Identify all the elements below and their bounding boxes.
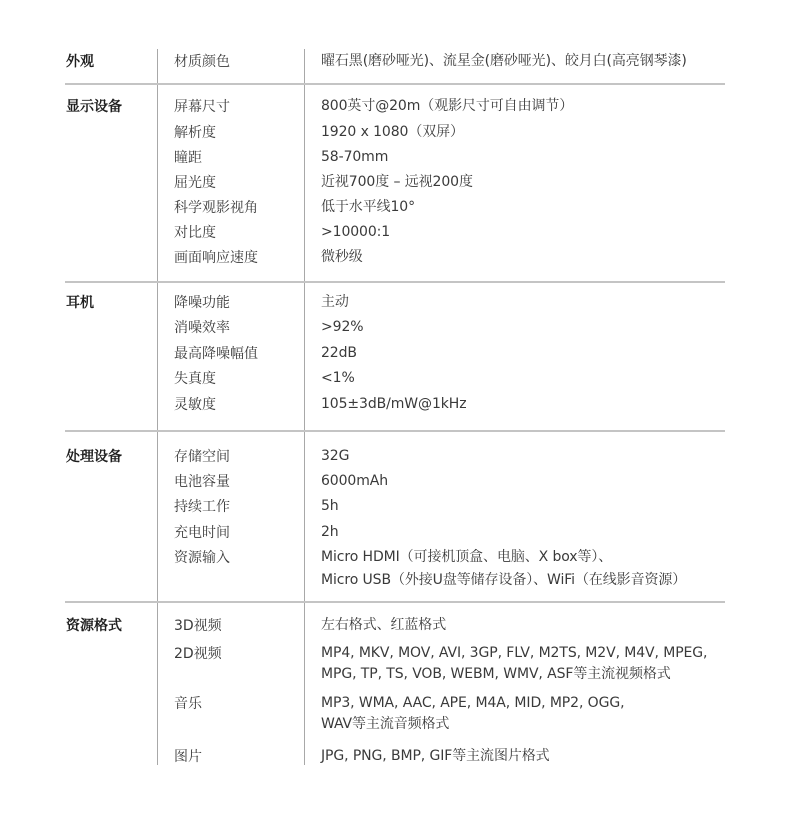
spec-key: 对比度 [174,224,216,242]
spec-value: 左右格式、红蓝格式 [321,615,446,636]
category-label-processing: 处理设备 [66,448,122,466]
spec-key: 2D视频 [174,645,222,663]
column-divider-2 [304,49,305,765]
section-divider [65,430,725,432]
category-label-headphones: 耳机 [66,294,94,312]
spec-key: 解析度 [174,124,216,142]
section-divider [65,601,725,603]
spec-value: <1% [321,368,355,389]
spec-key: 音乐 [174,695,202,713]
spec-value: 曜石黑(磨砂哑光)、流星金(磨砂哑光)、皎月白(高亮钢琴漆) [321,51,687,72]
spec-key: 图片 [174,748,202,766]
spec-key: 存储空间 [174,448,230,466]
spec-value: 5h [321,496,339,517]
spec-value: MP3, WMA, AAC, APE, M4A, MID, MP2, OGG, [321,693,624,714]
spec-value: >10000:1 [321,222,390,243]
spec-value: >92% [321,317,363,338]
spec-value: MP4, MKV, MOV, AVI, 3GP, FLV, M2TS, M2V,… [321,643,707,664]
section-divider [65,281,725,283]
category-label-appearance: 外观 [66,53,94,71]
spec-value: 105±3dB/mW@1kHz [321,394,466,415]
spec-value-continued: WAV等主流音频格式 [321,714,449,735]
spec-value: 32G [321,446,349,467]
spec-value: Micro HDMI（可接机顶盒、电脑、X box等）、 [321,547,612,568]
category-label-formats: 资源格式 [66,617,122,635]
spec-value: 低于水平线10° [321,197,415,218]
category-label-display: 显示设备 [66,98,122,116]
spec-value: 2h [321,522,339,543]
spec-value: 微秒级 [321,247,363,268]
spec-key: 最高降噪幅值 [174,345,258,363]
spec-value: 近视700度 – 远视200度 [321,172,473,193]
spec-key: 屈光度 [174,174,216,192]
spec-key: 科学观影视角 [174,199,258,217]
spec-key: 失真度 [174,370,216,388]
spec-key: 资源输入 [174,549,230,567]
spec-value: JPG, PNG, BMP, GIF等主流图片格式 [321,746,550,767]
spec-value-continued: MPG, TP, TS, VOB, WEBM, WMV, ASF等主流视频格式 [321,664,671,685]
spec-key: 消噪效率 [174,319,230,337]
spec-value: 22dB [321,343,357,364]
spec-table: 外观 材质颜色 曜石黑(磨砂哑光)、流星金(磨砂哑光)、皎月白(高亮钢琴漆) 显… [0,0,790,814]
spec-key: 屏幕尺寸 [174,98,230,116]
spec-key: 3D视频 [174,617,222,635]
spec-value: 6000mAh [321,471,388,492]
spec-value: 800英寸@20m（观影尺寸可自由调节） [321,96,573,117]
spec-key: 灵敏度 [174,396,216,414]
section-divider [65,83,725,85]
spec-key: 持续工作 [174,498,230,516]
column-divider-1 [157,49,158,765]
spec-key: 电池容量 [174,473,230,491]
spec-key: 降噪功能 [174,294,230,312]
spec-value: 主动 [321,292,349,313]
spec-key: 瞳距 [174,149,202,167]
spec-value: 58-70mm [321,147,388,168]
spec-value-continued: Micro USB（外接U盘等储存设备）、WiFi（在线影音资源） [321,570,686,591]
spec-key: 画面响应速度 [174,249,258,267]
spec-key: 材质颜色 [174,53,230,71]
spec-value: 1920 x 1080（双屏） [321,122,464,143]
spec-key: 充电时间 [174,524,230,542]
